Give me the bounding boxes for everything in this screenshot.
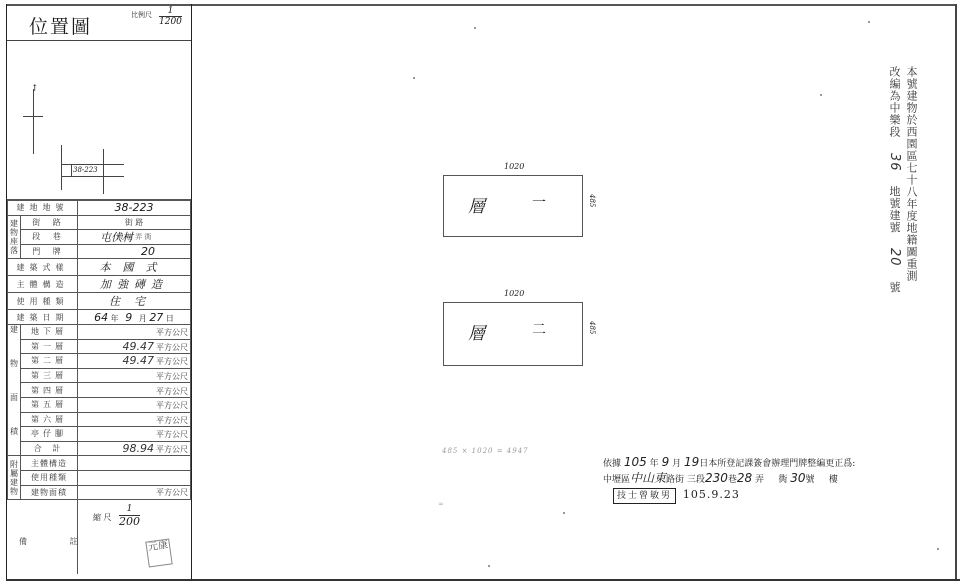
scan-speck: [563, 512, 565, 514]
section-row: 段 巷 段 巷 弄 衖 屯伏村: [8, 230, 191, 245]
floor-2-number: 二: [532, 319, 546, 339]
floor-area-row: 第五層平方公尺: [8, 397, 191, 412]
north-axis: [33, 89, 34, 154]
date-value: 64 年 9 月 27 日: [78, 310, 191, 325]
location-map: ↑ 38-223: [7, 41, 191, 200]
new-road: 中山東: [630, 471, 666, 485]
change-note-line1: 依據 105 年 9 月 19日本所登記課簽會辦理門牌整編更正爲:: [603, 455, 855, 471]
seal-stamp: 元康: [145, 539, 172, 568]
date-row: 建築日期 64 年 9 月 27 日: [8, 310, 191, 325]
floor-plan-1: 1020 485 層 一: [443, 175, 583, 237]
annex-row: 使用種類: [8, 470, 191, 485]
structure-row: 主體構造 加強磚造: [8, 276, 191, 293]
remarks-section: 備 註 縮 尺 1 200 元康: [7, 500, 191, 574]
page-bottom-edge: [6, 579, 960, 581]
new-number: 30: [790, 471, 805, 485]
new-alley-unit: 弄: [755, 475, 764, 485]
floor-label: 合 計: [21, 441, 78, 456]
new-floor-unit: 樓: [829, 475, 838, 485]
date-year: 64: [94, 311, 108, 324]
floor-area-value: 平方公尺: [78, 427, 191, 442]
location-map-header: 位置圖 比例尺 1 1200: [7, 4, 191, 41]
officer-date-stamp: 105.9.23: [683, 488, 740, 501]
scale-numerator: 1: [159, 6, 182, 17]
renumber-prefix: 改編為中樂段: [888, 66, 901, 138]
scan-speck: [413, 77, 415, 79]
address-change-note: 依據 105 年 9 月 19日本所登記課簽會辦理門牌整編更正爲: 中壢區中山東…: [603, 455, 855, 504]
parcel-label: 38-223: [73, 166, 98, 174]
land-number-label: 建地地號: [8, 201, 78, 216]
gate-row: 門 牌 20: [8, 244, 191, 259]
floor-label: 第五層: [21, 397, 78, 412]
renumber-note-col1: 本號建物於西園區七十八年度地籍圖重測: [905, 66, 918, 282]
style-row: 建築式樣 本國式: [8, 259, 191, 276]
scale-denominator: 1200: [159, 17, 182, 27]
renumber-suffix: 號: [888, 281, 901, 293]
floor-area-value: 平方公尺: [78, 383, 191, 398]
annex-group-label: 附屬建物: [8, 456, 21, 500]
floor-area-unit: 平方公尺: [156, 430, 188, 439]
scale-label: 比例尺: [131, 10, 152, 20]
floor-area-unit: 平方公尺: [156, 328, 188, 337]
street-value: 街 路: [78, 215, 191, 230]
change-day: 19: [684, 455, 699, 469]
floor-area-number: 49.47: [123, 354, 155, 367]
address-group-label: 建物座落: [8, 215, 21, 259]
floor-area-value: 49.47平方公尺: [78, 354, 191, 369]
scan-speck: [937, 548, 939, 550]
date-label: 建築日期: [8, 310, 78, 325]
floor-area-value: 平方公尺: [78, 368, 191, 383]
structure-label: 主體構造: [8, 276, 78, 293]
floor-label: 第一層: [21, 339, 78, 354]
floor-area-unit: 平方公尺: [156, 372, 188, 381]
remarks-label: 備 註: [19, 536, 98, 547]
change-note-line2: 中壢區中山東路街 三段230巷28 弄 衖 30號 樓: [603, 471, 855, 487]
floor-label: 第三層: [21, 368, 78, 383]
road-line: [61, 145, 62, 190]
floor-area-rows: 建物面積地下層平方公尺第一層49.47平方公尺第二層49.47平方公尺第三層平方…: [8, 324, 191, 455]
floor-label: 地下層: [21, 324, 78, 339]
area-group-label: 建物面積: [8, 324, 21, 455]
floor-area-unit: 平方公尺: [156, 416, 188, 425]
day-unit: 日: [166, 314, 174, 323]
structure-value: 加強磚造: [78, 276, 191, 293]
floor-area-row: 合 計98.94平方公尺: [8, 441, 191, 456]
annex-value: [78, 456, 191, 471]
floor-area-unit: 平方公尺: [156, 357, 188, 366]
scale2-fraction: 1 200: [119, 504, 140, 527]
month-unit: 月: [139, 314, 147, 323]
floor-area-unit: 平方公尺: [156, 445, 188, 454]
scan-speck: [868, 21, 870, 23]
new-number-unit: 號: [806, 475, 815, 485]
change-month: 9: [662, 455, 670, 469]
annex-value: 平方公尺: [78, 485, 191, 500]
change-year-unit: 年: [650, 459, 659, 469]
change-suffix: 日本所登記課簽會辦理門牌整編更正爲:: [699, 459, 855, 469]
annex-value: [78, 470, 191, 485]
floor-area-row: 第六層平方公尺: [8, 412, 191, 427]
floor-plan-2: 1020 485 層 二: [443, 302, 583, 366]
annex-rows: 附屬建物主體構造使用種類建物面積平方公尺: [8, 456, 191, 500]
date-month: 9: [125, 311, 132, 324]
floor-2-top-dimension: 1020: [504, 289, 524, 298]
street-label: 街 路: [21, 215, 78, 230]
gate-label: 門 牌: [21, 244, 78, 259]
usage-row: 使用種類 住宅: [8, 293, 191, 310]
area-calculation: 485 × 1020 = 4947: [442, 447, 529, 455]
new-district: 中壢區: [603, 475, 630, 485]
floor-area-value: 平方公尺: [78, 324, 191, 339]
land-number-value: 38-223: [78, 201, 191, 216]
calculation-mark: ≈: [438, 500, 444, 508]
date-day: 27: [149, 311, 163, 324]
floor-area-row: 第一層49.47平方公尺: [8, 339, 191, 354]
floor-area-value: 平方公尺: [78, 412, 191, 427]
section-label: 段 巷: [21, 230, 78, 245]
floor-2-label: 層: [468, 319, 485, 344]
floor-area-value: 49.47平方公尺: [78, 339, 191, 354]
usage-label: 使用種類: [8, 293, 78, 310]
new-section: 三段: [687, 475, 705, 485]
new-alley: 28: [737, 471, 752, 485]
floor-area-value: 平方公尺: [78, 397, 191, 412]
renumber-land-number: 36: [887, 153, 902, 172]
land-number-row: 建地地號 38-223: [8, 201, 191, 216]
floor-area-value: 98.94平方公尺: [78, 441, 191, 456]
change-prefix: 依據: [603, 459, 621, 469]
floor-2-side-dimension: 485: [588, 321, 596, 334]
street-row: 建物座落 街 路 街 路: [8, 215, 191, 230]
renumber-mid: 地號建號: [888, 186, 901, 234]
floor-area-row: 第二層49.47平方公尺: [8, 354, 191, 369]
new-road-suffix: 路街: [666, 475, 684, 485]
gate-value: 20: [78, 244, 191, 259]
floor-1-top-dimension: 1020: [504, 162, 524, 171]
floor-area-number: 98.94: [123, 442, 155, 455]
scale2-label: 縮 尺: [93, 512, 112, 523]
renumber-building-number: 20: [887, 248, 902, 267]
annex-label: 主體構造: [21, 456, 78, 471]
road-line: [103, 149, 104, 194]
parcel-line: [71, 164, 72, 177]
scale-fraction: 1 1200: [159, 6, 182, 27]
floor-label: 第二層: [21, 354, 78, 369]
new-street-unit: 衖: [778, 475, 787, 485]
usage-value: 住宅: [78, 293, 191, 310]
north-cross: [23, 116, 43, 117]
new-lane-unit: 巷: [728, 475, 737, 485]
change-month-unit: 月: [672, 459, 681, 469]
floor-label: 第四層: [21, 383, 78, 398]
annex-row: 建物面積平方公尺: [8, 485, 191, 500]
scale2-denominator: 200: [119, 515, 140, 528]
building-info-panel: 位置圖 比例尺 1 1200 ↑ 38-223 建地地號 38-223 建物座落…: [6, 4, 192, 579]
renumber-note-col2: 改編為中樂段 36 地號建號 20 號: [888, 66, 901, 293]
building-info-table: 建地地號 38-223 建物座落 街 路 街 路 段 巷 段 巷 弄 衖 屯伏村…: [7, 200, 191, 500]
floor-1-label: 層: [468, 192, 485, 217]
floor-label: 第六層: [21, 412, 78, 427]
floor-area-unit: 平方公尺: [156, 387, 188, 396]
annex-row: 附屬建物主體構造: [8, 456, 191, 471]
change-note-line3: 技士曾敏男 105.9.23: [613, 488, 855, 504]
style-label: 建築式樣: [8, 259, 78, 276]
page-right-edge: [955, 4, 957, 580]
floor-area-unit: 平方公尺: [156, 401, 188, 410]
floor-1-number: 一: [532, 192, 546, 212]
scan-speck: [488, 565, 490, 567]
new-lane: 230: [705, 471, 728, 485]
section-value: 段 巷 弄 衖 屯伏村: [78, 230, 191, 245]
floor-area-row: 亭仔腳平方公尺: [8, 427, 191, 442]
floor-area-number: 49.47: [123, 340, 155, 353]
style-value: 本國式: [78, 259, 191, 276]
year-unit: 年: [111, 314, 119, 323]
floor-area-row: 第四層平方公尺: [8, 383, 191, 398]
scan-speck: [474, 27, 476, 29]
village-name: 屯伏村: [100, 230, 133, 245]
floor-1-side-dimension: 485: [588, 194, 596, 207]
floor-label: 亭仔腳: [21, 427, 78, 442]
change-year: 105: [624, 455, 647, 469]
annex-label: 使用種類: [21, 470, 78, 485]
floor-area-row: 建物面積地下層平方公尺: [8, 324, 191, 339]
annex-label: 建物面積: [21, 485, 78, 500]
floor-area-unit: 平方公尺: [156, 343, 188, 352]
location-map-title: 位置圖: [29, 12, 92, 39]
floor-area-row: 第三層平方公尺: [8, 368, 191, 383]
scan-speck: [820, 94, 822, 96]
officer-stamp: 技士曾敏男: [613, 488, 676, 504]
